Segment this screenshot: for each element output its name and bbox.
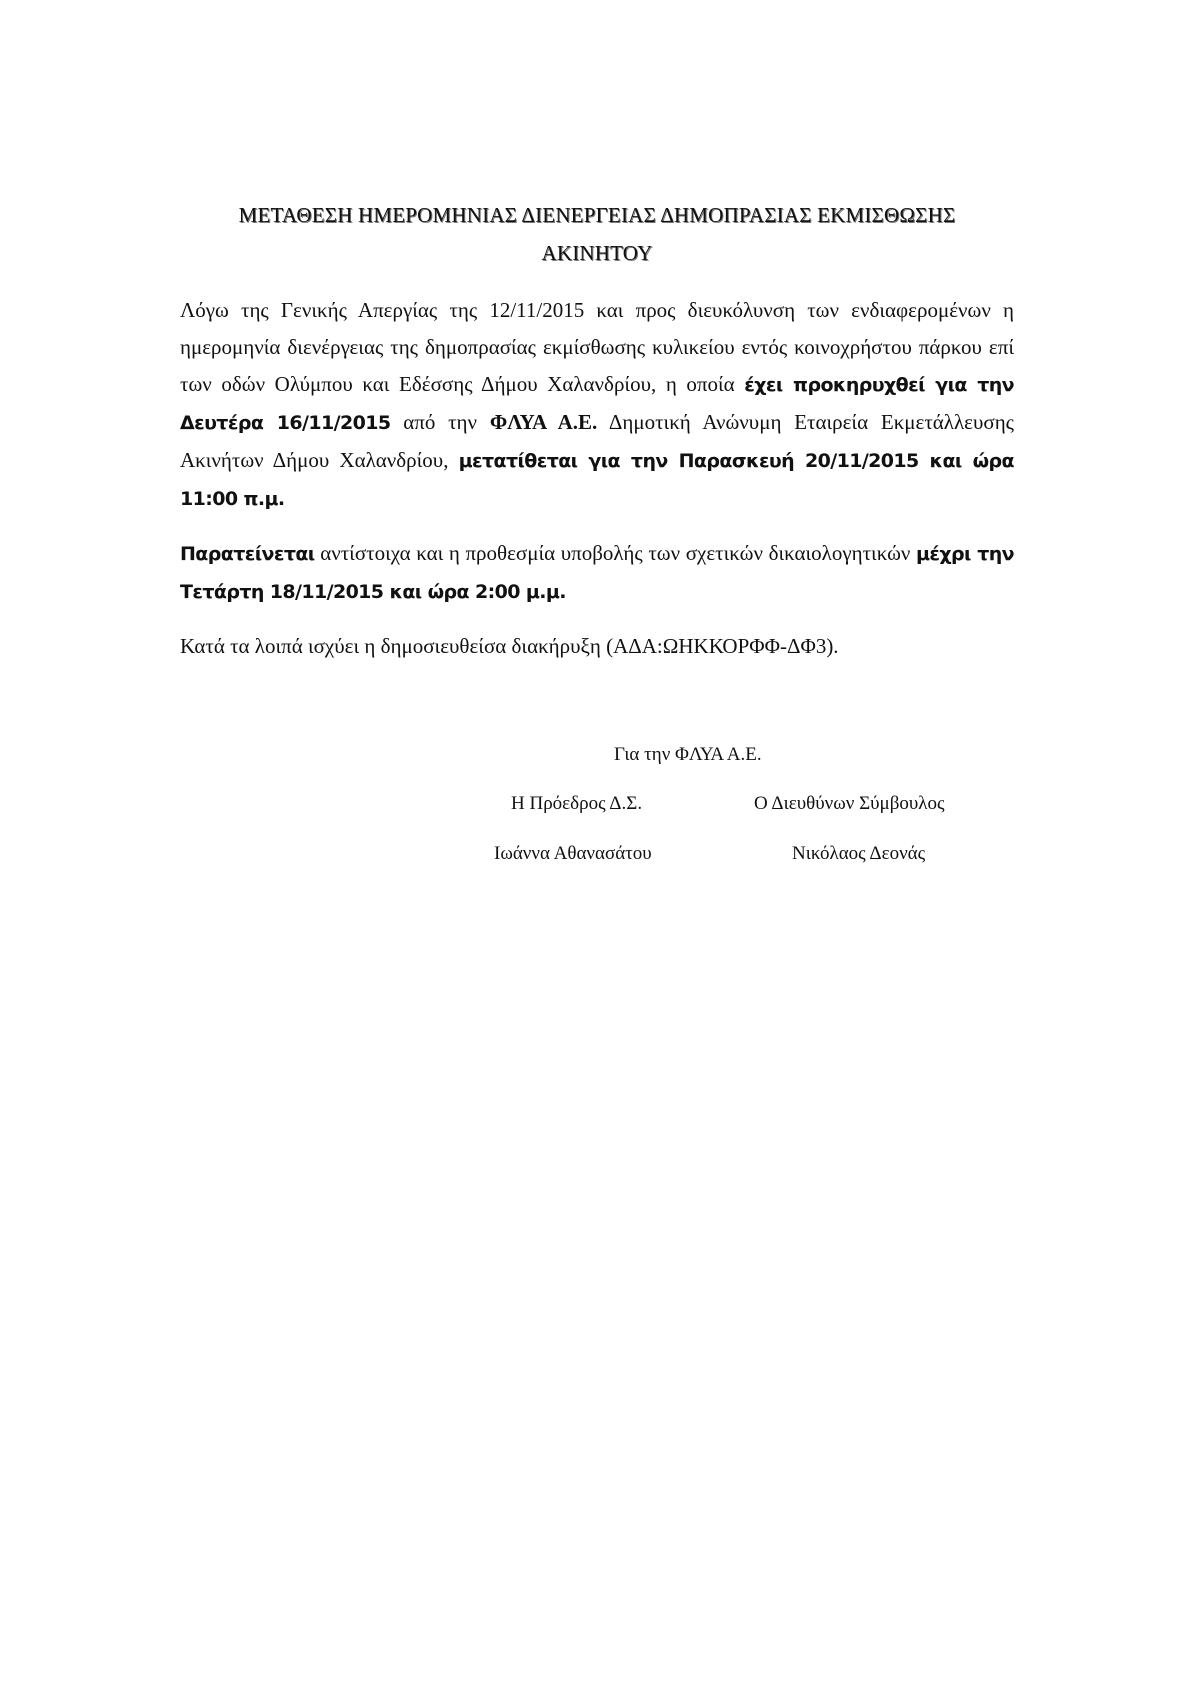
paragraph-validity: Κατά τα λοιπά ισχύει η δημοσιευθείσα δια…	[180, 628, 1014, 665]
signature-role-ceo: Ο Διευθύνων Σύμβουλος	[754, 793, 945, 815]
document-body: ΜΕΤΑΘΕΣΗ ΗΜΕΡΟΜΗΝΙΑΣ ΔΙΕΝΕΡΓΕΙΑΣ ΔΗΜΟΠΡΑ…	[180, 196, 1014, 665]
signature-name-president: Ιωάννα Αθανασάτου	[494, 843, 652, 865]
signature-name-ceo: Νικόλαος Δεονάς	[792, 843, 925, 865]
signature-organization: Για την ΦΛΥΑ Α.Ε.	[614, 744, 762, 766]
extension-bold: Παρατείνεται	[180, 543, 315, 565]
company-name-bold: ΦΛΥΑ Α.Ε.	[490, 410, 597, 434]
paragraph-postponement: Λόγω της Γενικής Απεργίας της 12/11/2015…	[180, 292, 1014, 518]
paragraph-deadline-extension: Παρατείνεται αντίστοιχα και η προθεσμία …	[180, 535, 1014, 611]
title-line-1: ΜΕΤΑΘΕΣΗ ΗΜΕΡΟΜΗΝΙΑΣ ΔΙΕΝΕΡΓΕΙΑΣ ΔΗΜΟΠΡΑ…	[239, 203, 956, 227]
document-page: ΜΕΤΑΘΕΣΗ ΗΜΕΡΟΜΗΝΙΑΣ ΔΙΕΝΕΡΓΕΙΑΣ ΔΗΜΟΠΡΑ…	[0, 0, 1191, 1684]
paragraph1-text-2: από την	[390, 410, 489, 434]
title-line-2: ΑΚΙΝΗΤΟΥ	[542, 241, 653, 265]
signature-role-president: Η Πρόεδρος Δ.Σ.	[511, 793, 642, 815]
document-title: ΜΕΤΑΘΕΣΗ ΗΜΕΡΟΜΗΝΙΑΣ ΔΙΕΝΕΡΓΕΙΑΣ ΔΗΜΟΠΡΑ…	[180, 196, 1014, 272]
paragraph2-text-1: αντίστοιχα και η προθεσμία υποβολής των …	[315, 541, 916, 565]
